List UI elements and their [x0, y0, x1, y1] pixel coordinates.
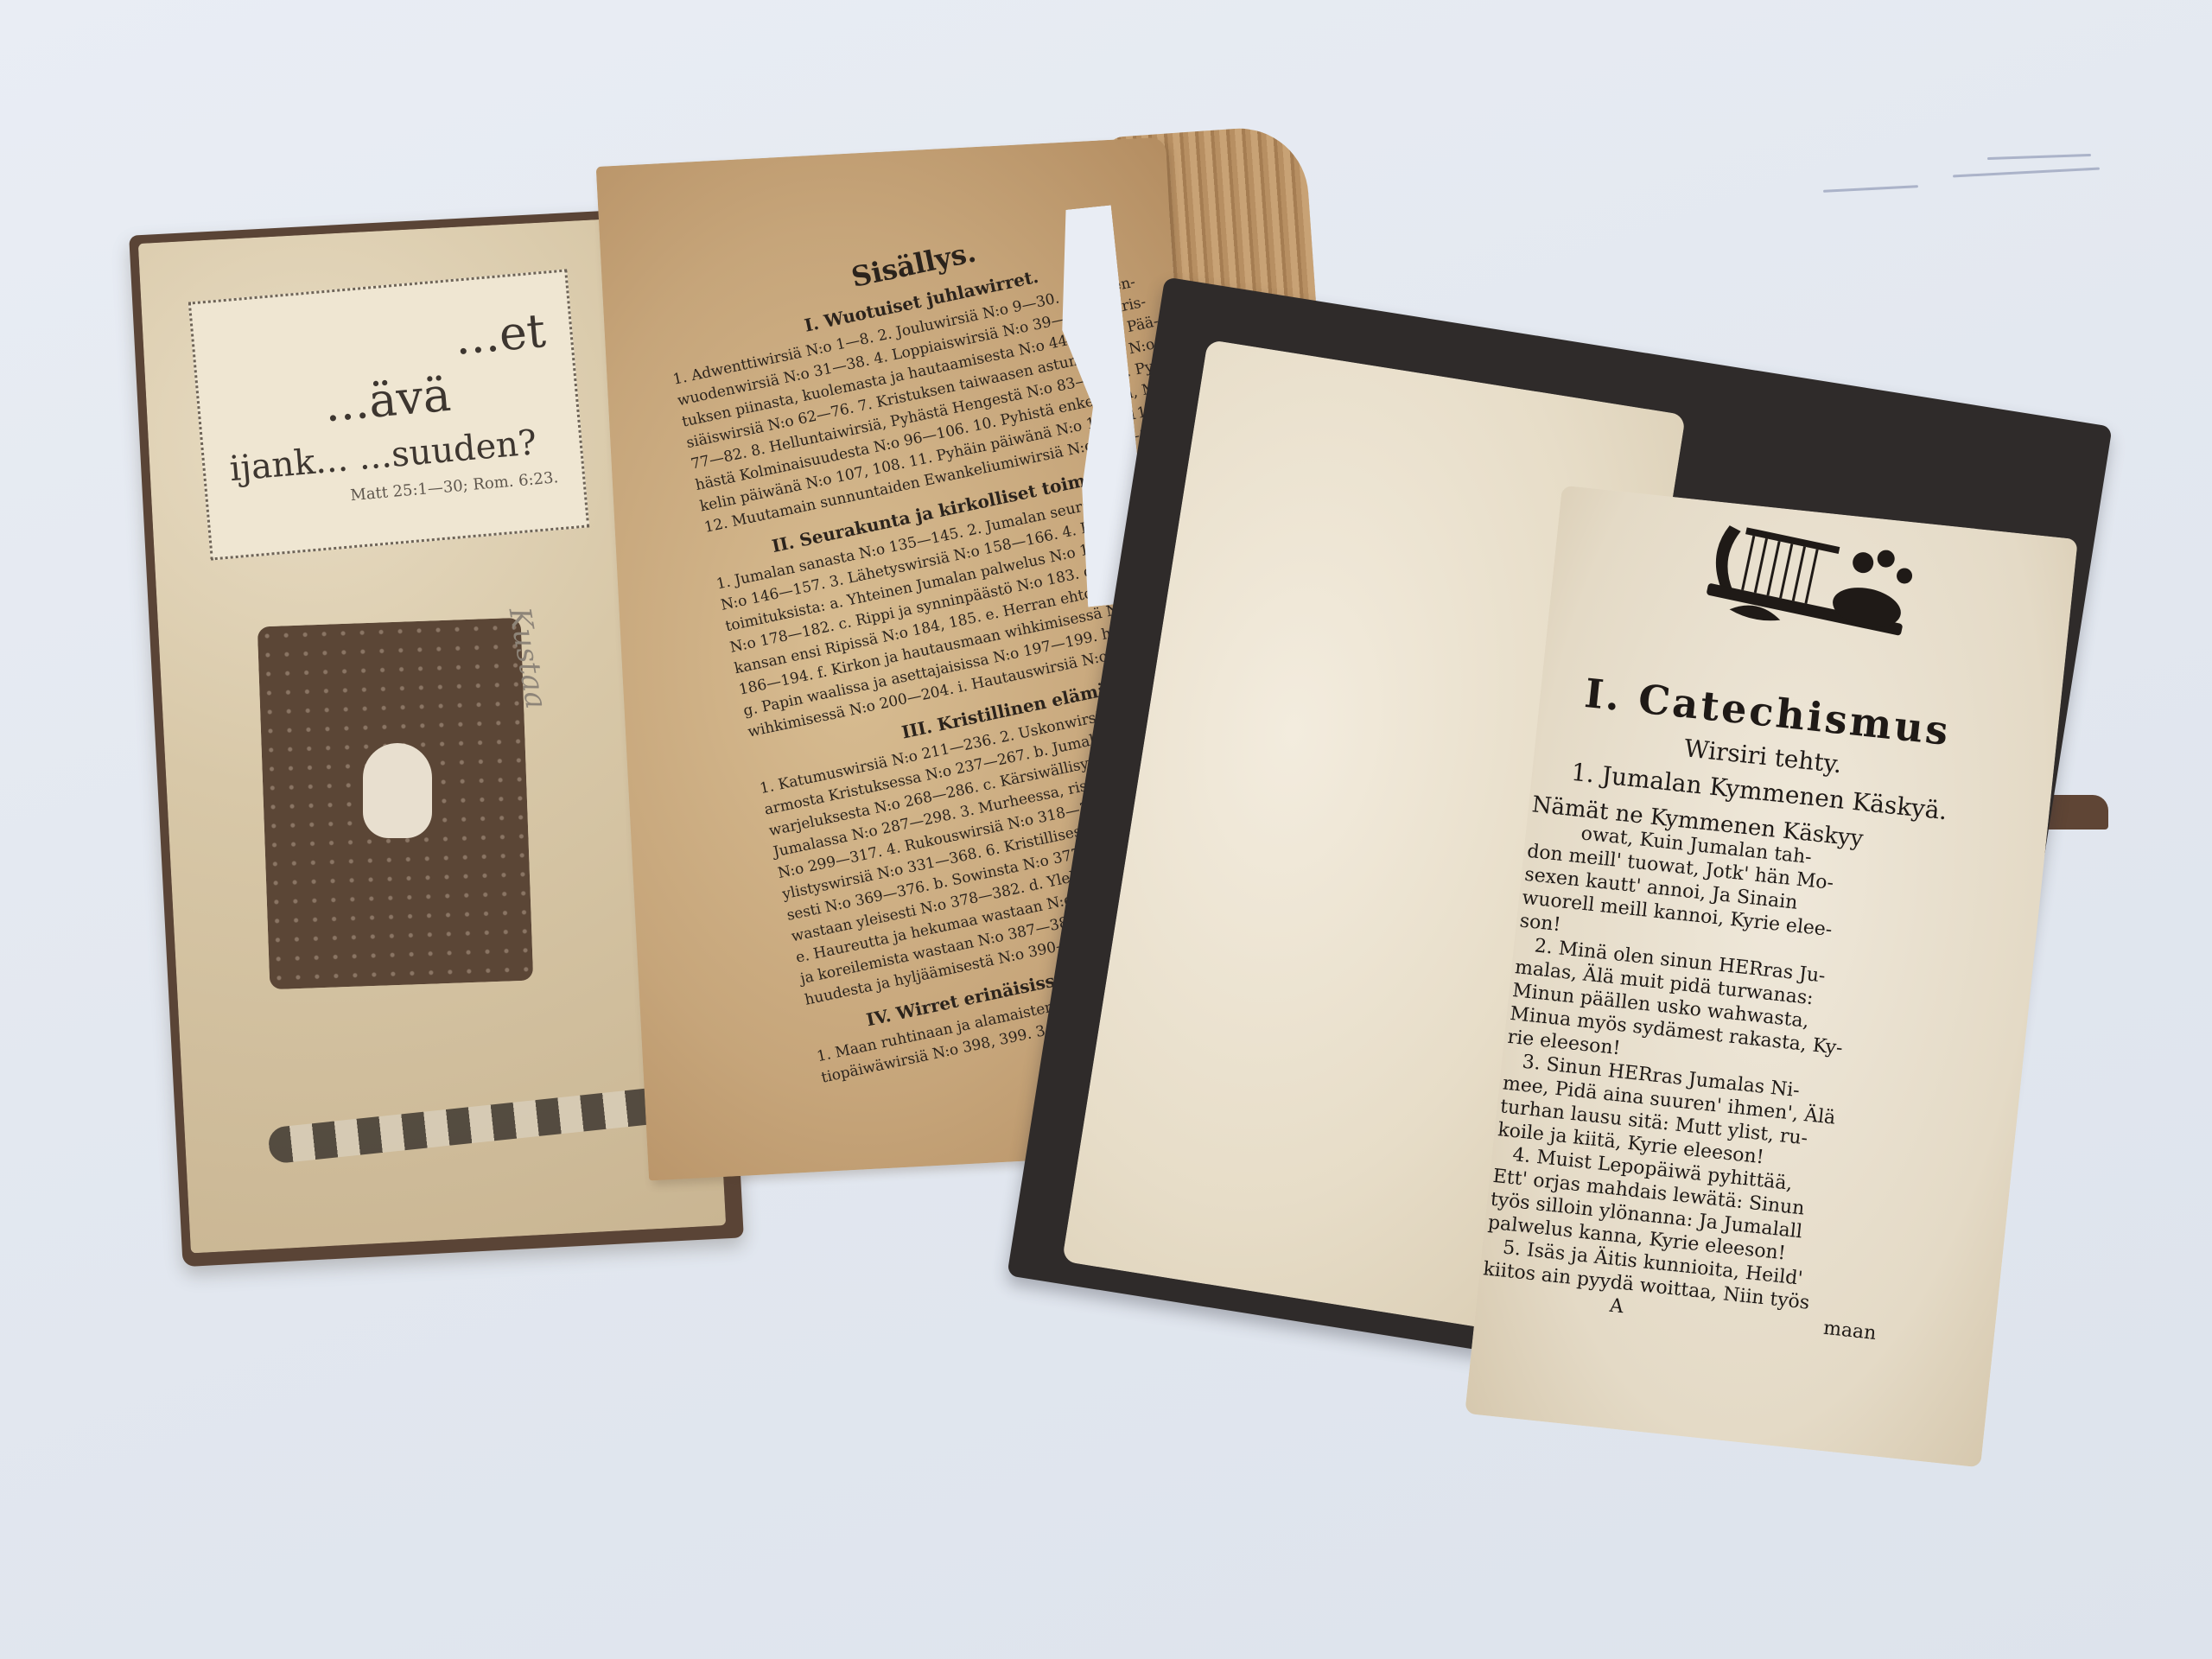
- catchword-letter: A: [1609, 1294, 1625, 1319]
- portrait-face-area: [363, 743, 432, 838]
- catechism-text-block: I. Catechismus Wirsiri tehty. 1. Jumalan…: [1479, 665, 1993, 1351]
- pen-mark: [1823, 185, 1918, 193]
- pen-mark: [1953, 168, 2100, 178]
- pen-mark: [1987, 154, 2091, 160]
- pastedown-label: ...et ...ävä ijank... ...suuden? Matt 25…: [188, 269, 589, 560]
- harp-ornament-icon: [1685, 518, 1944, 648]
